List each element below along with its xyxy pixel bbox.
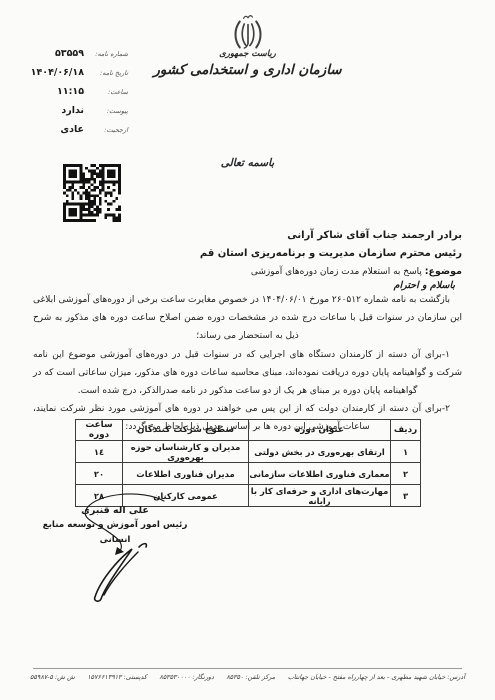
table-cell: مهارت‌های اداری و حرفه‌ای کار با رایانه (249, 485, 391, 507)
recipient-block: برادر ارجمند جناب آقای شاکر آرانی رئیس م… (33, 227, 462, 281)
meta-row-attachment: ندارد پیوست: (30, 101, 132, 120)
meta-row-date: ۱۴۰۴/۰۶/۱۸ تاریخ نامه: (30, 63, 132, 82)
course-table: ردیف عنوان دوره سطوح شرکت کنندگان ساعت د… (75, 419, 421, 507)
priority-value: عادی (30, 124, 84, 135)
salutation: باسلام و احترام (394, 280, 455, 291)
header-course-title: عنوان دوره (249, 420, 391, 441)
letter-page: ریاست جمهوری سازمان اداری و استخدامی کشو… (0, 0, 495, 700)
course-table-body: ۱ارتقای بهره‌وری در بخش دولتیمدیران و کا… (76, 441, 421, 507)
footer-divider (33, 668, 462, 669)
attachment-label: پیوست: (84, 107, 128, 115)
subject-label: موضوع: (425, 266, 462, 277)
signature-block: علی اله قنبری رئیس امور آموزش و توسعه من… (40, 503, 190, 548)
letter-date-value: ۱۴۰۴/۰۶/۱۸ (30, 67, 84, 78)
subject-line: موضوع: پاسخ به استعلام مدت زمان دوره‌های… (33, 263, 462, 281)
attachment-value: ندارد (30, 105, 84, 116)
subject-text: پاسخ به استعلام مدت زمان دوره‌های آموزشی (251, 267, 422, 277)
table-row: ۲معماری فناوری اطلاعات سازمانیمدیران فنا… (76, 463, 421, 485)
table-cell: ۱٤ (76, 441, 123, 463)
table-cell: مدیران فناوری اطلاعات (123, 463, 249, 485)
letter-number-label: شماره نامه: (84, 50, 128, 58)
header-participant-levels: سطوح شرکت کنندگان (123, 420, 249, 441)
table-row: ۱ارتقای بهره‌وری در بخش دولتیمدیران و کا… (76, 441, 421, 463)
letter-body: بازگشت به نامه شماره ۲۶۰۵۱۲ مورخ ۱۴۰۴/۰۶… (33, 291, 462, 437)
footer-serial-number: ش ش: ۵-۵۵۹۸۷ (30, 673, 75, 681)
table-cell: ۲۰ (76, 463, 123, 485)
table-cell: ۳ (391, 485, 421, 507)
meta-row-number: ۵۳۵۵۹ شماره نامه: (30, 44, 132, 63)
paragraph-item-1: ۱-برای آن دسته از کارمندان دستگاه های اج… (33, 346, 462, 401)
signer-name: علی اله قنبری (40, 503, 190, 518)
footer-postal-code: کدپستی: ۱۵۷۶۶۱۳۹۱۳ (87, 673, 147, 681)
footer-address: آدرس: خیابان شهید مطهری - بعد از چهارراه… (288, 673, 465, 681)
meta-row-time: ۱۱:۱۵ ساعت: (30, 82, 132, 101)
footer: آدرس: خیابان شهید مطهری - بعد از چهارراه… (30, 673, 465, 681)
letter-time-label: ساعت: (84, 88, 128, 96)
footer-fax: دورنگار: ۸۵۳۵۳۰۰۰۰ (159, 673, 213, 681)
footer-phone: مرکز تلفن: ۸۵۳۵۰ (226, 673, 275, 681)
header-row-no: ردیف (391, 420, 421, 441)
table-cell: ۱ (391, 441, 421, 463)
letter-time-value: ۱۱:۱۵ (30, 86, 84, 97)
priority-label: ارجحیت: (84, 126, 128, 134)
signer-title: رئیس امور آموزش و توسعه منابع انسانی (40, 518, 190, 548)
table-cell: ارتقای بهره‌وری در بخش دولتی (249, 441, 391, 463)
letter-meta-block: ۵۳۵۵۹ شماره نامه: ۱۴۰۴/۰۶/۱۸ تاریخ نامه:… (30, 44, 132, 139)
letter-date-label: تاریخ نامه: (84, 69, 128, 77)
qr-code (63, 164, 121, 222)
table-header-row: ردیف عنوان دوره سطوح شرکت کنندگان ساعت د… (76, 420, 421, 441)
table-cell: مدیران و کارشناسان حوزه بهره‌وری (123, 441, 249, 463)
table-cell: معماری فناوری اطلاعات سازمانی (249, 463, 391, 485)
header-course-hours: ساعت دوره (76, 420, 123, 441)
table-cell: ۲ (391, 463, 421, 485)
recipient-name: برادر ارجمند جناب آقای شاکر آرانی (33, 227, 462, 245)
letter-number-value: ۵۳۵۵۹ (30, 48, 84, 59)
recipient-title: رئیس محترم سازمان مدیریت و برنامه‌ریزی ا… (33, 245, 462, 263)
paragraph-intro: بازگشت به نامه شماره ۲۶۰۵۱۲ مورخ ۱۴۰۴/۰۶… (33, 291, 462, 346)
meta-row-priority: عادی ارجحیت: (30, 120, 132, 139)
iran-national-emblem-icon (228, 12, 268, 50)
